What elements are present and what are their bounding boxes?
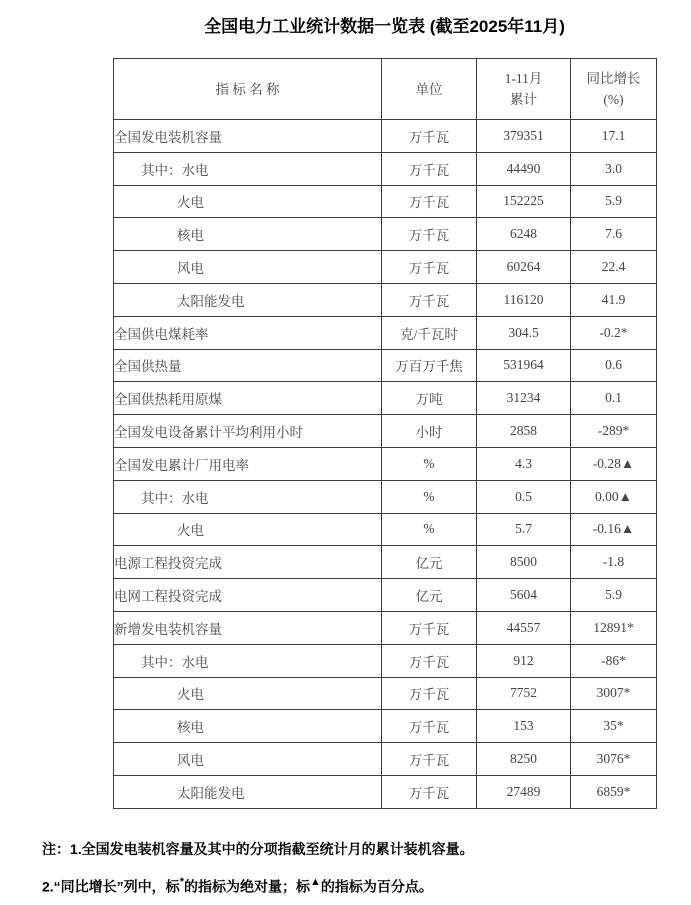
column-header-unit: 单位 bbox=[382, 59, 477, 120]
table-row: 全国供热量 万百万千焦 531964 0.6 bbox=[114, 349, 657, 382]
table-row: 火电 % 5.7 -0.16▲ bbox=[114, 513, 657, 546]
table-header-row: 指 标 名 称 单位 1-11月 累计 同比增长 (%) bbox=[114, 59, 657, 120]
column-header-yoy-line2: (%) bbox=[571, 89, 656, 110]
indicator-label: 新增发电装机容量 bbox=[114, 611, 382, 644]
yoy-value: 3076* bbox=[571, 743, 657, 776]
table-row: 电网工程投资完成 亿元 5604 5.9 bbox=[114, 579, 657, 612]
footnote-1: 注：1.全国发电装机容量及其中的分项指截至统计月的累计装机容量。 bbox=[42, 838, 474, 860]
cumulative-value: 4.3 bbox=[477, 447, 571, 480]
table-row: 风电 万千瓦 60264 22.4 bbox=[114, 251, 657, 284]
yoy-value: -0.2* bbox=[571, 316, 657, 349]
indicator-label: 全国供热量 bbox=[114, 349, 382, 382]
unit-value: 亿元 bbox=[382, 546, 477, 579]
statistics-table: 指 标 名 称 单位 1-11月 累计 同比增长 (%) 全国发电装机容量 万千… bbox=[113, 58, 657, 809]
yoy-value: 6859* bbox=[571, 775, 657, 808]
cumulative-value: 531964 bbox=[477, 349, 571, 382]
cumulative-value: 8500 bbox=[477, 546, 571, 579]
cumulative-value: 8250 bbox=[477, 743, 571, 776]
cumulative-value: 60264 bbox=[477, 251, 571, 284]
unit-value: 亿元 bbox=[382, 579, 477, 612]
cumulative-value: 6248 bbox=[477, 218, 571, 251]
cumulative-value: 44490 bbox=[477, 152, 571, 185]
indicator-label: 其中：水电 bbox=[114, 644, 382, 677]
table-row: 其中：水电 万千瓦 44490 3.0 bbox=[114, 152, 657, 185]
indicator-label: 其中：水电 bbox=[114, 152, 382, 185]
indicator-label: 其中：水电 bbox=[114, 480, 382, 513]
yoy-value: -1.8 bbox=[571, 546, 657, 579]
yoy-value: 3.0 bbox=[571, 152, 657, 185]
unit-value: 万千瓦 bbox=[382, 218, 477, 251]
indicator-label: 全国供电煤耗率 bbox=[114, 316, 382, 349]
footnote-2-text-1: 2.“同比增长”列中，标 bbox=[42, 879, 180, 895]
yoy-value: 3007* bbox=[571, 677, 657, 710]
table-row: 其中：水电 万千瓦 912 -86* bbox=[114, 644, 657, 677]
cumulative-value: 5.7 bbox=[477, 513, 571, 546]
column-header-indicator: 指 标 名 称 bbox=[114, 59, 382, 120]
cumulative-value: 379351 bbox=[477, 120, 571, 153]
cumulative-value: 7752 bbox=[477, 677, 571, 710]
unit-value: 万吨 bbox=[382, 382, 477, 415]
yoy-value: 22.4 bbox=[571, 251, 657, 284]
cumulative-value: 304.5 bbox=[477, 316, 571, 349]
document-page: 全国电力工业统计数据一览表 (截至2025年11月) 指 标 名 称 单位 1-… bbox=[0, 0, 691, 905]
table-row: 全国供热耗用原煤 万吨 31234 0.1 bbox=[114, 382, 657, 415]
footnote-2-text-2: 的指标为绝对量；标 bbox=[184, 879, 310, 895]
table-row: 核电 万千瓦 153 35* bbox=[114, 710, 657, 743]
indicator-label: 风电 bbox=[114, 743, 382, 776]
unit-value: 万千瓦 bbox=[382, 677, 477, 710]
table-row: 全国发电设备累计平均利用小时 小时 2858 -289* bbox=[114, 415, 657, 448]
unit-value: 万千瓦 bbox=[382, 743, 477, 776]
yoy-value: 0.1 bbox=[571, 382, 657, 415]
table-row: 全国发电累计厂用电率 % 4.3 -0.28▲ bbox=[114, 447, 657, 480]
table-row: 火电 万千瓦 152225 5.9 bbox=[114, 185, 657, 218]
cumulative-value: 44557 bbox=[477, 611, 571, 644]
yoy-value: -289* bbox=[571, 415, 657, 448]
footnotes: 注：1.全国发电装机容量及其中的分项指截至统计月的累计装机容量。 2.“同比增长… bbox=[42, 838, 474, 898]
cumulative-value: 31234 bbox=[477, 382, 571, 415]
table-row: 火电 万千瓦 7752 3007* bbox=[114, 677, 657, 710]
yoy-value: -86* bbox=[571, 644, 657, 677]
unit-value: % bbox=[382, 513, 477, 546]
table-row: 电源工程投资完成 亿元 8500 -1.8 bbox=[114, 546, 657, 579]
triangle-marker: ▲ bbox=[310, 876, 321, 888]
yoy-value: 0.6 bbox=[571, 349, 657, 382]
cumulative-value: 5604 bbox=[477, 579, 571, 612]
unit-value: % bbox=[382, 480, 477, 513]
indicator-label: 电网工程投资完成 bbox=[114, 579, 382, 612]
cumulative-value: 152225 bbox=[477, 185, 571, 218]
unit-value: % bbox=[382, 447, 477, 480]
table-row: 风电 万千瓦 8250 3076* bbox=[114, 743, 657, 776]
unit-value: 万千瓦 bbox=[382, 611, 477, 644]
table-row: 全国供电煤耗率 克/千瓦时 304.5 -0.2* bbox=[114, 316, 657, 349]
table-row: 全国发电装机容量 万千瓦 379351 17.1 bbox=[114, 120, 657, 153]
yoy-value: 35* bbox=[571, 710, 657, 743]
footnote-2: 2.“同比增长”列中，标*的指标为绝对量；标▲的指标为百分点。 bbox=[42, 872, 474, 898]
column-header-period-line2: 累计 bbox=[477, 89, 570, 110]
unit-value: 万千瓦 bbox=[382, 283, 477, 316]
yoy-value: 5.9 bbox=[571, 579, 657, 612]
yoy-value: 7.6 bbox=[571, 218, 657, 251]
table-row: 太阳能发电 万千瓦 116120 41.9 bbox=[114, 283, 657, 316]
indicator-label: 全国发电设备累计平均利用小时 bbox=[114, 415, 382, 448]
unit-value: 万千瓦 bbox=[382, 251, 477, 284]
yoy-value: 17.1 bbox=[571, 120, 657, 153]
unit-value: 万千瓦 bbox=[382, 644, 477, 677]
column-header-yoy-line1: 同比增长 bbox=[571, 68, 656, 89]
unit-value: 万百万千焦 bbox=[382, 349, 477, 382]
indicator-label: 全国发电累计厂用电率 bbox=[114, 447, 382, 480]
yoy-value: -0.28▲ bbox=[571, 447, 657, 480]
indicator-label: 火电 bbox=[114, 677, 382, 710]
yoy-value: 0.00▲ bbox=[571, 480, 657, 513]
unit-value: 小时 bbox=[382, 415, 477, 448]
indicator-label: 核电 bbox=[114, 710, 382, 743]
footnote-2-text-3: 的指标为百分点。 bbox=[321, 879, 433, 895]
cumulative-value: 27489 bbox=[477, 775, 571, 808]
indicator-label: 太阳能发电 bbox=[114, 283, 382, 316]
column-header-period-line1: 1-11月 bbox=[477, 68, 570, 89]
indicator-label: 火电 bbox=[114, 513, 382, 546]
indicator-label: 风电 bbox=[114, 251, 382, 284]
unit-value: 万千瓦 bbox=[382, 710, 477, 743]
unit-value: 万千瓦 bbox=[382, 185, 477, 218]
table-row: 其中：水电 % 0.5 0.00▲ bbox=[114, 480, 657, 513]
indicator-label: 全国供热耗用原煤 bbox=[114, 382, 382, 415]
indicator-label: 火电 bbox=[114, 185, 382, 218]
indicator-label: 核电 bbox=[114, 218, 382, 251]
table-row: 新增发电装机容量 万千瓦 44557 12891* bbox=[114, 611, 657, 644]
table-row: 核电 万千瓦 6248 7.6 bbox=[114, 218, 657, 251]
asterisk-marker: * bbox=[180, 876, 184, 888]
cumulative-value: 153 bbox=[477, 710, 571, 743]
cumulative-value: 912 bbox=[477, 644, 571, 677]
unit-value: 万千瓦 bbox=[382, 775, 477, 808]
cumulative-value: 116120 bbox=[477, 283, 571, 316]
indicator-label: 太阳能发电 bbox=[114, 775, 382, 808]
column-header-period: 1-11月 累计 bbox=[477, 59, 571, 120]
cumulative-value: 0.5 bbox=[477, 480, 571, 513]
indicator-label: 全国发电装机容量 bbox=[114, 120, 382, 153]
yoy-value: 5.9 bbox=[571, 185, 657, 218]
yoy-value: 41.9 bbox=[571, 283, 657, 316]
table-row: 太阳能发电 万千瓦 27489 6859* bbox=[114, 775, 657, 808]
page-title: 全国电力工业统计数据一览表 (截至2025年11月) bbox=[113, 14, 656, 40]
unit-value: 万千瓦 bbox=[382, 120, 477, 153]
indicator-label: 电源工程投资完成 bbox=[114, 546, 382, 579]
unit-value: 克/千瓦时 bbox=[382, 316, 477, 349]
cumulative-value: 2858 bbox=[477, 415, 571, 448]
unit-value: 万千瓦 bbox=[382, 152, 477, 185]
yoy-value: -0.16▲ bbox=[571, 513, 657, 546]
column-header-yoy: 同比增长 (%) bbox=[571, 59, 657, 120]
yoy-value: 12891* bbox=[571, 611, 657, 644]
